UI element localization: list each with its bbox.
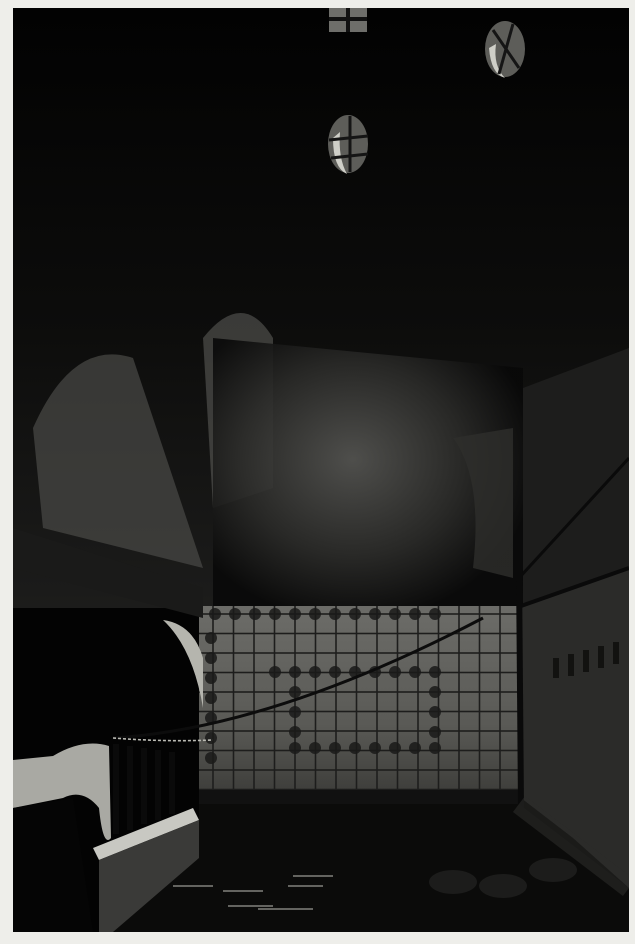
scene bbox=[13, 8, 629, 932]
photo-plate bbox=[13, 8, 629, 932]
